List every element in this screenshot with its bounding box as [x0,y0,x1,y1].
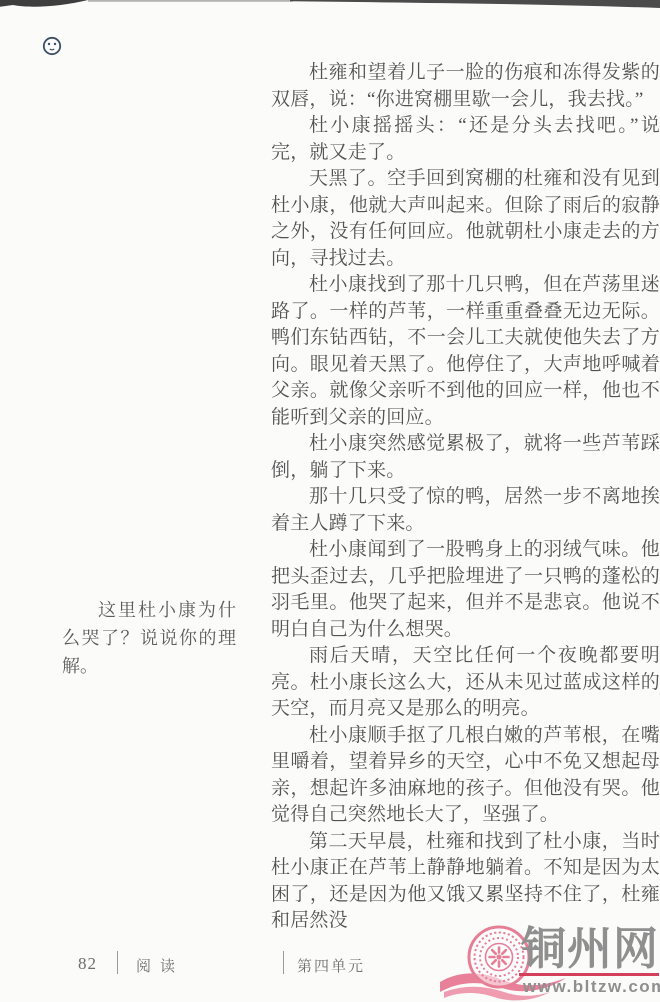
article-paragraph: 天黑了。空手回到窝棚的杜雍和没有见到杜小康，他就大声叫起来。但除了雨后的寂静之外… [271,166,660,272]
watermark-underline [519,973,659,976]
page-number: 82 [78,954,97,974]
margin-note-question: 这里杜小康为什么哭了？说说你的理解。 [62,596,236,680]
book-page: 这里杜小康为什么哭了？说说你的理解。 杜雍和望着儿子一脸的伤痕和冻得发紫的双唇，… [0,0,660,1002]
article-paragraph: 杜小康闻到了一股鸭身上的羽绒气味。他把头歪过去，几乎把脸埋进了一只鸭的蓬松的羽毛… [271,537,660,643]
article-paragraph: 雨后天晴，天空比任何一个夜晚都要明亮。杜小康长这么大，还从未见过蓝成这样的天空，… [271,643,660,723]
footer-unit-label: 第四单元 [297,955,365,976]
article-paragraph: 杜雍和望着儿子一脸的伤痕和冻得发紫的双唇，说：“你进窝棚里歇一会儿，我去找。” [271,60,660,113]
site-watermark: 铜州网 www.bltzw.com [438,916,660,1002]
footer-section-label: 阅读 [136,955,184,976]
watermark-site-name: 铜州网 [521,926,659,971]
article-paragraph: 杜小康找到了那十几只鸭，但在芦荡里迷路了。一样的芦苇，一样重重叠叠无边无际。鸭们… [271,272,660,431]
scan-top-edge [0,0,660,12]
article-paragraph: 杜小康顺手抠了几根白嫩的芦苇根，在嘴里嚼着，望着异乡的天空，心中不免又想起母亲，… [271,723,660,829]
article-paragraph: 那十几只受了惊的鸭，居然一步不离地挨着主人蹲了下来。 [271,484,660,537]
article-paragraph: 杜小康突然感觉累极了，就将一些芦苇踩倒，躺了下来。 [271,431,660,484]
article-paragraph: 杜小康摇摇头：“还是分头去找吧。”说完，就又走了。 [271,113,660,166]
smiley-face-icon [42,36,62,56]
watermark-site-url: www.bltzw.com [523,977,660,997]
footer-divider [117,951,118,974]
footer-divider [283,951,284,974]
article-text: 杜雍和望着儿子一脸的伤痕和冻得发紫的双唇，说：“你进窝棚里歇一会儿，我去找。” … [271,60,660,935]
